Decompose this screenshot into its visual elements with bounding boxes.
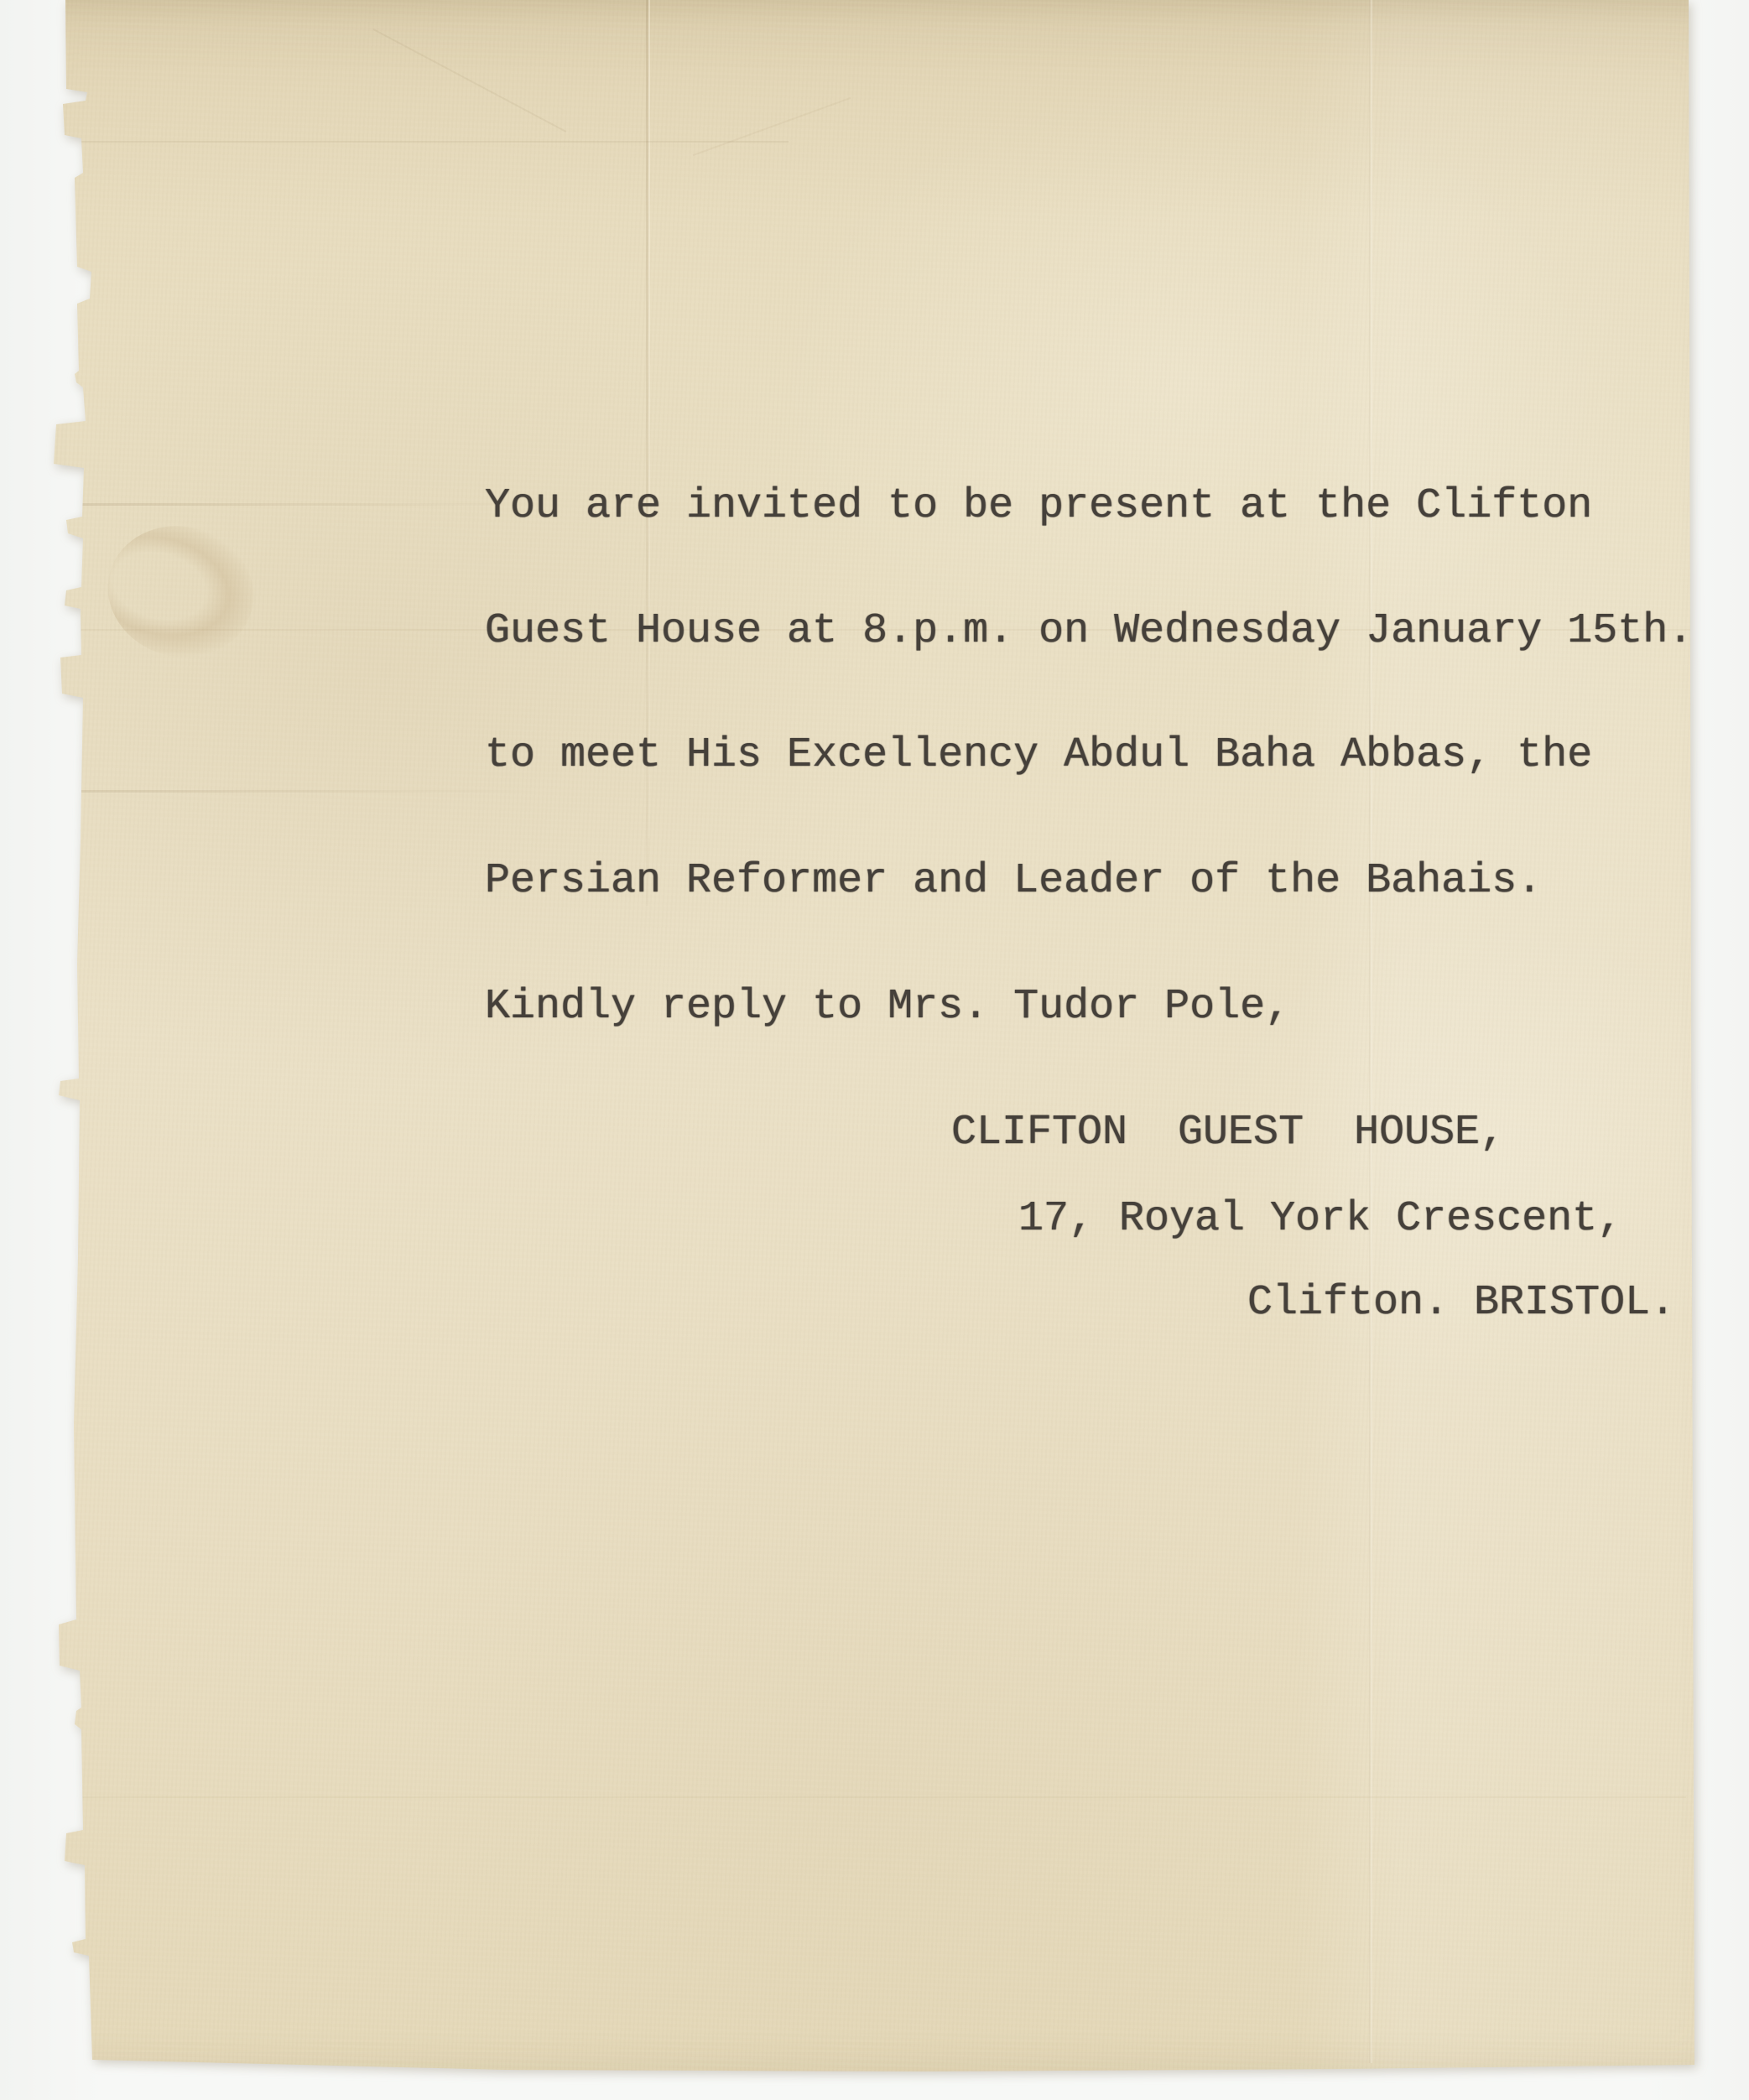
scan-background: You are invited to be present at the Cli… xyxy=(0,0,1749,2100)
letter-line-7: 17, Royal York Crescent, xyxy=(1018,1198,1622,1240)
letter-line-5: Kindly reply to Mrs. Tudor Pole, xyxy=(485,986,1290,1028)
letter-line-6: CLIFTON GUEST HOUSE, xyxy=(951,1112,1505,1154)
letter-paper: You are invited to be present at the Cli… xyxy=(0,0,1749,2100)
letter-paper-shadow: You are invited to be present at the Cli… xyxy=(0,0,1749,2100)
letter-line-2: Guest House at 8.p.m. on Wednesday Janua… xyxy=(485,611,1693,652)
paper-texture xyxy=(0,0,1749,2100)
letter-line-8: Clifton. BRISTOL. xyxy=(1247,1282,1675,1324)
letter-line-3: to meet His Excellency Abdul Baha Abbas,… xyxy=(485,735,1592,777)
letter-line-1: You are invited to be present at the Cli… xyxy=(485,486,1592,528)
letter-line-4: Persian Reformer and Leader of the Bahai… xyxy=(485,860,1542,902)
